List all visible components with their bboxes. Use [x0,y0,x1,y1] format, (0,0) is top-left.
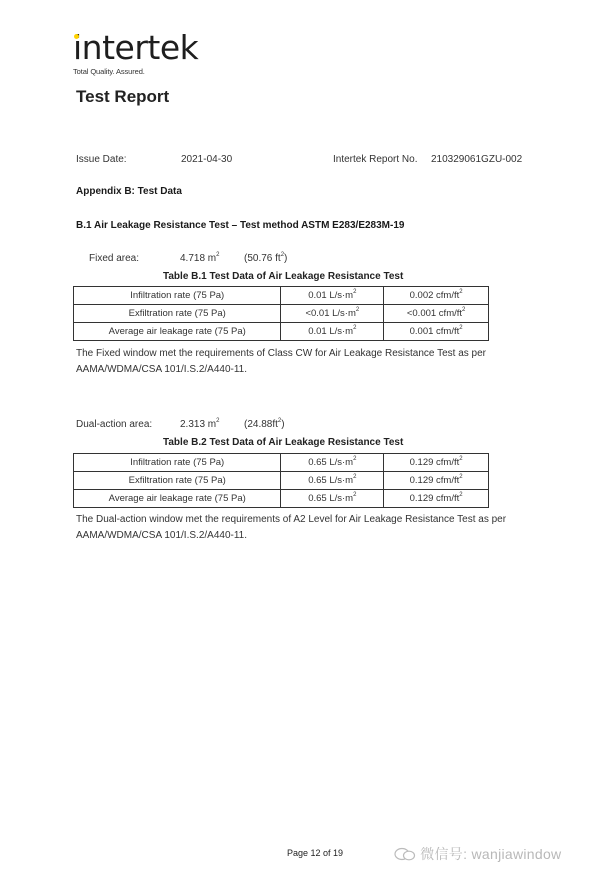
logo-accent-dot [74,34,79,39]
dual-area-m2: 2.313 m2 [180,419,219,430]
page-title: Test Report [76,87,169,107]
table-b2: Infiltration rate (75 Pa)0.65 L/s·m20.12… [73,453,489,508]
fixed-conclusion: The Fixed window met the requirements of… [76,346,546,378]
fixed-area-label: Fixed area: [89,253,139,264]
cell-label: Infiltration rate (75 Pa) [74,454,281,472]
cell-label: Exfiltration rate (75 Pa) [74,472,281,490]
dual-conclusion: The Dual-action window met the requireme… [76,512,546,544]
wechat-icon [394,847,416,861]
cell-label: Average air leakage rate (75 Pa) [74,490,281,508]
table-b1: Infiltration rate (75 Pa)0.01 L/s·m20.00… [73,286,489,341]
cell-label: Infiltration rate (75 Pa) [74,287,281,305]
cell-si: 0.01 L/s·m2 [281,287,384,305]
section-title: B.1 Air Leakage Resistance Test – Test m… [76,220,404,231]
table-row: Average air leakage rate (75 Pa)0.65 L/s… [74,490,489,508]
cell-ip: 0.001 cfm/ft2 [384,323,489,341]
table-row: Infiltration rate (75 Pa)0.65 L/s·m20.12… [74,454,489,472]
page-number: Page 12 of 19 [287,848,343,858]
dual-area-ft2: (24.88ft2) [244,419,285,430]
report-no-label: Intertek Report No. [333,154,417,165]
cell-ip: 0.129 cfm/ft2 [384,472,489,490]
table-row: Infiltration rate (75 Pa)0.01 L/s·m20.00… [74,287,489,305]
cell-label: Exfiltration rate (75 Pa) [74,305,281,323]
table-row: Exfiltration rate (75 Pa)0.65 L/s·m20.12… [74,472,489,490]
report-no: 210329061GZU-002 [431,154,522,165]
cell-si: 0.65 L/s·m2 [281,454,384,472]
fixed-area-m2: 4.718 m2 [180,253,219,264]
cell-si: 0.65 L/s·m2 [281,490,384,508]
appendix-title: Appendix B: Test Data [76,186,182,197]
table-b2-caption: Table B.2 Test Data of Air Leakage Resis… [163,437,403,448]
table-row: Average air leakage rate (75 Pa)0.01 L/s… [74,323,489,341]
cell-si: 0.01 L/s·m2 [281,323,384,341]
fixed-area-ft2: (50.76 ft2) [244,253,287,264]
cell-ip: 0.002 cfm/ft2 [384,287,489,305]
table-b1-caption: Table B.1 Test Data of Air Leakage Resis… [163,271,403,282]
cell-si: <0.01 L/s·m2 [281,305,384,323]
cell-label: Average air leakage rate (75 Pa) [74,323,281,341]
intertek-logo: intertek [73,28,198,68]
watermark: 微信号: wanjiawindow [394,844,561,864]
issue-date-label: Issue Date: [76,154,127,165]
table-row: Exfiltration rate (75 Pa)<0.01 L/s·m2<0.… [74,305,489,323]
dual-area-label: Dual-action area: [76,419,152,430]
cell-si: 0.65 L/s·m2 [281,472,384,490]
cell-ip: 0.129 cfm/ft2 [384,454,489,472]
issue-date: 2021-04-30 [181,154,232,165]
logo-tagline: Total Quality. Assured. [73,67,145,76]
cell-ip: <0.001 cfm/ft2 [384,305,489,323]
cell-ip: 0.129 cfm/ft2 [384,490,489,508]
